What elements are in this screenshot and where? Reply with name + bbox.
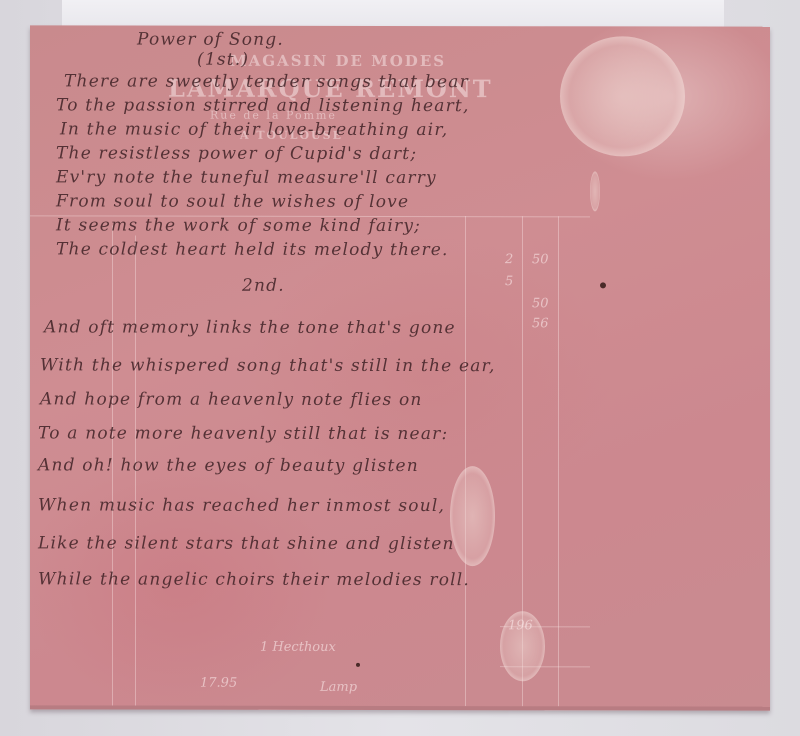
poem-line: The coldest heart held its melody there. (56, 239, 449, 260)
poem-line: When music has reached her inmost soul, (38, 495, 445, 516)
ledger-number: 56 (532, 316, 549, 331)
paper-edge (30, 705, 770, 710)
ledger-number: 50 (532, 296, 549, 311)
poem-title: Power of Song. (137, 30, 284, 50)
poem-stanza-label: (1st.) (197, 50, 249, 70)
poem-line: With the whispered song that's still in … (40, 355, 496, 376)
water-stain (450, 466, 495, 566)
poem-line: Ev'ry note the tuneful measure'll carry (56, 167, 437, 188)
ledger-number: 2 (505, 252, 513, 267)
poem-line: There are sweetly tender songs that bear (64, 71, 469, 92)
poem-line: And oft memory links the tone that's gon… (44, 317, 456, 338)
ledger-rule (465, 216, 466, 706)
poem-line: The resistless power of Cupid's dart; (56, 143, 417, 164)
ledger-number: Lamp (320, 680, 357, 695)
watermark-line: MAGASIN DE MODES (230, 52, 446, 70)
ledger-number: 1 Hecthoux (260, 640, 336, 655)
scrapbook-paper: MAGASIN DE MODES LAMARQUE REMONT Rue de … (30, 25, 770, 710)
ledger-number: 5 (505, 274, 513, 289)
ledger-number: 17.95 (200, 676, 237, 691)
ink-spot (356, 663, 360, 667)
poem-line: In the music of their love-breathing air… (60, 119, 448, 140)
poem-stanza-label: 2nd. (242, 276, 285, 296)
poem-line: And oh! how the eyes of beauty glisten (38, 455, 419, 476)
ledger-number: 50 (532, 252, 549, 267)
water-stain (560, 36, 685, 156)
ink-spot (600, 282, 606, 288)
poem-line: To the passion stirred and listening hea… (56, 95, 470, 116)
poem-line: It seems the work of some kind fairy; (56, 215, 421, 236)
ledger-number: 196 (508, 618, 533, 633)
poem-line: To a note more heavenly still that is ne… (38, 423, 448, 444)
poem-line: From soul to soul the wishes of love (56, 191, 409, 212)
poem-line: Like the silent stars that shine and gli… (38, 533, 455, 554)
handwritten-poem: Power of Song. (1st.) There are sweetly … (42, 25, 742, 26)
poem-line: And hope from a heavenly note flies on (40, 389, 423, 410)
water-stain (590, 171, 600, 211)
poem-line: While the angelic choirs their melodies … (38, 569, 470, 590)
ledger-rule (558, 216, 559, 706)
